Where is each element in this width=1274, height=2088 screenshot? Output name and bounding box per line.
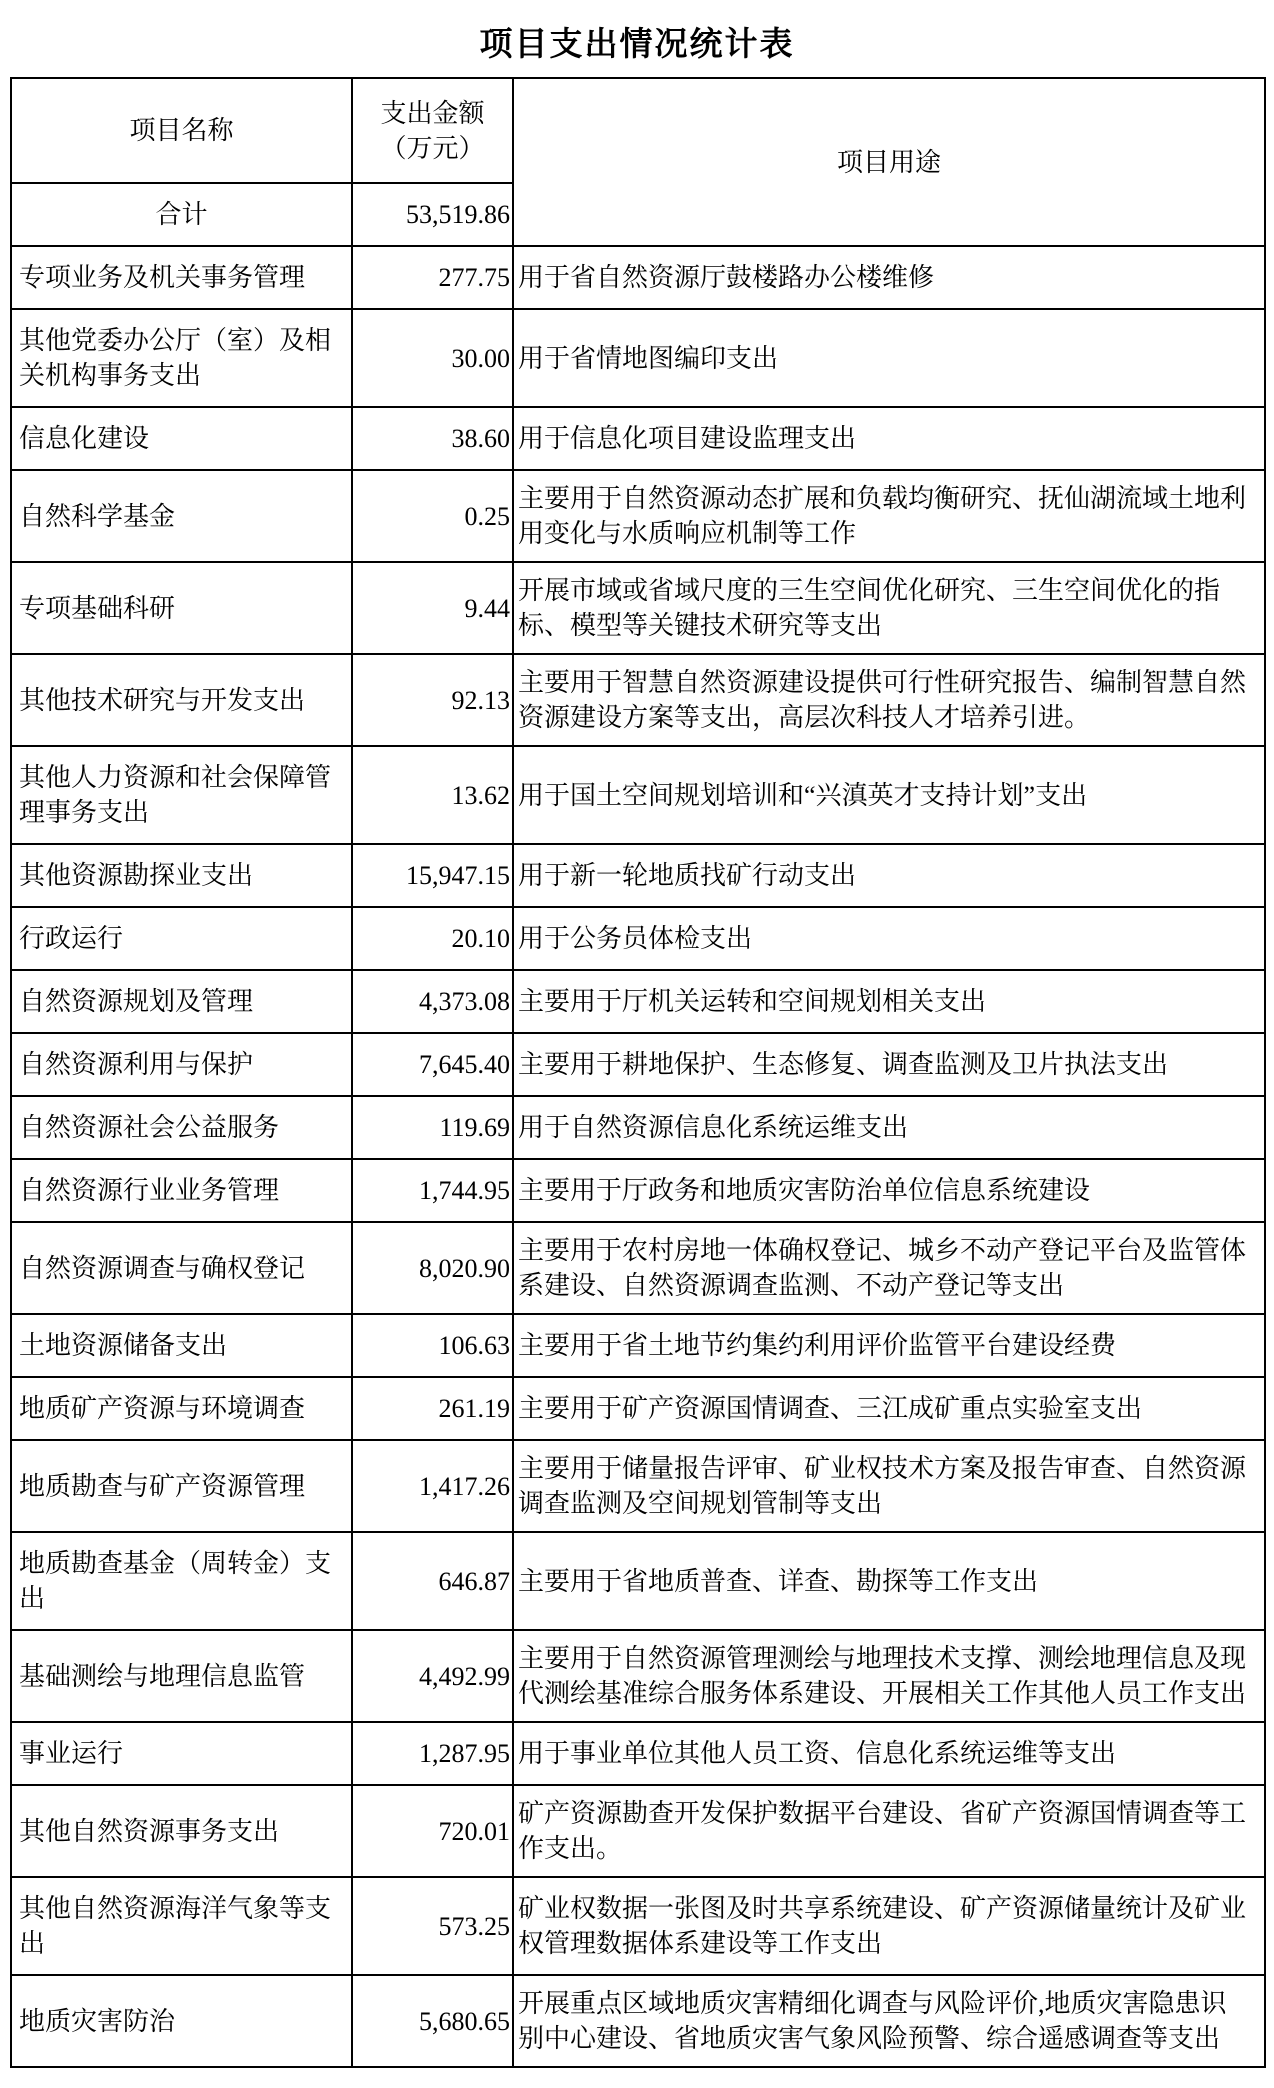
table-row: 地质勘查与矿产资源管理 1,417.26 主要用于储量报告评审、矿业权技术方案及… [11, 1440, 1265, 1532]
project-name-cell: 基础测绘与地理信息监管 [11, 1630, 352, 1722]
project-name-cell: 其他党委办公厅（室）及相关机构事务支出 [11, 309, 352, 407]
amount-cell: 277.75 [352, 246, 513, 309]
purpose-cell: 用于新一轮地质找矿行动支出 [513, 844, 1265, 907]
purpose-cell: 主要用于厅政务和地质灾害防治单位信息系统建设 [513, 1159, 1265, 1222]
table-row: 其他技术研究与开发支出 92.13 主要用于智慧自然资源建设提供可行性研究报告、… [11, 654, 1265, 746]
amount-cell: 261.19 [352, 1377, 513, 1440]
purpose-cell: 主要用于厅机关运转和空间规划相关支出 [513, 970, 1265, 1033]
amount-cell: 5,680.65 [352, 1975, 513, 2067]
amount-cell: 38.60 [352, 407, 513, 470]
amount-cell: 646.87 [352, 1532, 513, 1630]
project-name-cell: 自然资源调查与确权登记 [11, 1222, 352, 1314]
table-row: 其他党委办公厅（室）及相关机构事务支出 30.00 用于省情地图编印支出 [11, 309, 1265, 407]
total-amount-cell: 53,519.86 [352, 183, 513, 246]
project-name-cell: 自然科学基金 [11, 470, 352, 562]
purpose-cell: 主要用于储量报告评审、矿业权技术方案及报告审查、自然资源调查监测及空间规划管制等… [513, 1440, 1265, 1532]
header-amount-line1: 支出金额 [354, 96, 511, 131]
project-name-cell: 自然资源规划及管理 [11, 970, 352, 1033]
purpose-cell: 用于国土空间规划培训和“兴滇英才支持计划”支出 [513, 746, 1265, 844]
project-name-cell: 其他自然资源事务支出 [11, 1785, 352, 1877]
amount-cell: 1,287.95 [352, 1722, 513, 1785]
amount-cell: 8,020.90 [352, 1222, 513, 1314]
table-row: 基础测绘与地理信息监管 4,492.99 主要用于自然资源管理测绘与地理技术支撑… [11, 1630, 1265, 1722]
purpose-cell: 用于省自然资源厅鼓楼路办公楼维修 [513, 246, 1265, 309]
amount-cell: 13.62 [352, 746, 513, 844]
total-name-cell: 合计 [11, 183, 352, 246]
project-name-cell: 地质勘查与矿产资源管理 [11, 1440, 352, 1532]
table-row: 信息化建设 38.60 用于信息化项目建设监理支出 [11, 407, 1265, 470]
purpose-cell: 主要用于自然资源动态扩展和负载均衡研究、抚仙湖流域土地利用变化与水质响应机制等工… [513, 470, 1265, 562]
purpose-cell: 主要用于智慧自然资源建设提供可行性研究报告、编制智慧自然资源建设方案等支出，高层… [513, 654, 1265, 746]
table-row: 自然资源行业业务管理 1,744.95 主要用于厅政务和地质灾害防治单位信息系统… [11, 1159, 1265, 1222]
table-row: 自然科学基金 0.25 主要用于自然资源动态扩展和负载均衡研究、抚仙湖流域土地利… [11, 470, 1265, 562]
amount-cell: 1,417.26 [352, 1440, 513, 1532]
header-amount: 支出金额 （万元） [352, 78, 513, 183]
project-name-cell: 专项基础科研 [11, 562, 352, 654]
expenditure-table: 项目名称 支出金额 （万元） 项目用途 合计 53,519.86 专项业务及机关… [10, 77, 1266, 2068]
table-row: 其他人力资源和社会保障管理事务支出 13.62 用于国土空间规划培训和“兴滇英才… [11, 746, 1265, 844]
table-row: 其他自然资源海洋气象等支出 573.25 矿业权数据一张图及时共享系统建设、矿产… [11, 1877, 1265, 1975]
purpose-cell: 用于事业单位其他人员工资、信息化系统运维等支出 [513, 1722, 1265, 1785]
amount-cell: 119.69 [352, 1096, 513, 1159]
purpose-cell: 主要用于农村房地一体确权登记、城乡不动产登记平台及监管体系建设、自然资源调查监测… [513, 1222, 1265, 1314]
page-title: 项目支出情况统计表 [0, 0, 1274, 65]
amount-cell: 1,744.95 [352, 1159, 513, 1222]
amount-cell: 9.44 [352, 562, 513, 654]
amount-cell: 720.01 [352, 1785, 513, 1877]
amount-cell: 4,373.08 [352, 970, 513, 1033]
purpose-cell: 主要用于耕地保护、生态修复、调查监测及卫片执法支出 [513, 1033, 1265, 1096]
project-name-cell: 行政运行 [11, 907, 352, 970]
table-row: 自然资源利用与保护 7,645.40 主要用于耕地保护、生态修复、调查监测及卫片… [11, 1033, 1265, 1096]
table-row: 行政运行 20.10 用于公务员体检支出 [11, 907, 1265, 970]
purpose-cell: 用于信息化项目建设监理支出 [513, 407, 1265, 470]
project-name-cell: 地质矿产资源与环境调查 [11, 1377, 352, 1440]
amount-cell: 7,645.40 [352, 1033, 513, 1096]
project-name-cell: 其他人力资源和社会保障管理事务支出 [11, 746, 352, 844]
project-name-cell: 地质灾害防治 [11, 1975, 352, 2067]
project-name-cell: 自然资源行业业务管理 [11, 1159, 352, 1222]
project-name-cell: 事业运行 [11, 1722, 352, 1785]
table-row: 地质灾害防治 5,680.65 开展重点区域地质灾害精细化调查与风险评价,地质灾… [11, 1975, 1265, 2067]
purpose-cell: 开展市域或省域尺度的三生空间优化研究、三生空间优化的指标、模型等关键技术研究等支… [513, 562, 1265, 654]
table-row: 地质矿产资源与环境调查 261.19 主要用于矿产资源国情调查、三江成矿重点实验… [11, 1377, 1265, 1440]
table-row: 其他自然资源事务支出 720.01 矿产资源勘查开发保护数据平台建设、省矿产资源… [11, 1785, 1265, 1877]
project-name-cell: 其他技术研究与开发支出 [11, 654, 352, 746]
table-row: 自然资源规划及管理 4,373.08 主要用于厅机关运转和空间规划相关支出 [11, 970, 1265, 1033]
table-row: 自然资源调查与确权登记 8,020.90 主要用于农村房地一体确权登记、城乡不动… [11, 1222, 1265, 1314]
purpose-cell: 用于自然资源信息化系统运维支出 [513, 1096, 1265, 1159]
purpose-cell: 开展重点区域地质灾害精细化调查与风险评价,地质灾害隐患识别中心建设、省地质灾害气… [513, 1975, 1265, 2067]
project-name-cell: 其他资源勘探业支出 [11, 844, 352, 907]
purpose-cell: 主要用于省地质普查、详查、勘探等工作支出 [513, 1532, 1265, 1630]
table-row: 专项基础科研 9.44 开展市域或省域尺度的三生空间优化研究、三生空间优化的指标… [11, 562, 1265, 654]
purpose-cell: 主要用于自然资源管理测绘与地理技术支撑、测绘地理信息及现代测绘基准综合服务体系建… [513, 1630, 1265, 1722]
table-row: 自然资源社会公益服务 119.69 用于自然资源信息化系统运维支出 [11, 1096, 1265, 1159]
purpose-cell: 用于公务员体检支出 [513, 907, 1265, 970]
project-name-cell: 自然资源利用与保护 [11, 1033, 352, 1096]
project-name-cell: 其他自然资源海洋气象等支出 [11, 1877, 352, 1975]
amount-cell: 106.63 [352, 1314, 513, 1377]
table-row: 地质勘查基金（周转金）支出 646.87 主要用于省地质普查、详查、勘探等工作支… [11, 1532, 1265, 1630]
table-row: 其他资源勘探业支出 15,947.15 用于新一轮地质找矿行动支出 [11, 844, 1265, 907]
project-name-cell: 地质勘查基金（周转金）支出 [11, 1532, 352, 1630]
header-purpose: 项目用途 [513, 78, 1265, 246]
header-amount-line2: （万元） [354, 131, 511, 166]
amount-cell: 30.00 [352, 309, 513, 407]
purpose-cell: 矿业权数据一张图及时共享系统建设、矿产资源储量统计及矿业权管理数据体系建设等工作… [513, 1877, 1265, 1975]
project-name-cell: 自然资源社会公益服务 [11, 1096, 352, 1159]
amount-cell: 573.25 [352, 1877, 513, 1975]
project-name-cell: 信息化建设 [11, 407, 352, 470]
table-row: 事业运行 1,287.95 用于事业单位其他人员工资、信息化系统运维等支出 [11, 1722, 1265, 1785]
amount-cell: 15,947.15 [352, 844, 513, 907]
purpose-cell: 用于省情地图编印支出 [513, 309, 1265, 407]
amount-cell: 92.13 [352, 654, 513, 746]
amount-cell: 20.10 [352, 907, 513, 970]
table-body: 项目名称 支出金额 （万元） 项目用途 合计 53,519.86 专项业务及机关… [11, 78, 1265, 2067]
table-row: 专项业务及机关事务管理 277.75 用于省自然资源厅鼓楼路办公楼维修 [11, 246, 1265, 309]
project-name-cell: 专项业务及机关事务管理 [11, 246, 352, 309]
amount-cell: 4,492.99 [352, 1630, 513, 1722]
purpose-cell: 矿产资源勘查开发保护数据平台建设、省矿产资源国情调查等工作支出。 [513, 1785, 1265, 1877]
header-row: 项目名称 支出金额 （万元） 项目用途 [11, 78, 1265, 183]
purpose-cell: 主要用于省土地节约集约利用评价监管平台建设经费 [513, 1314, 1265, 1377]
header-project-name: 项目名称 [11, 78, 352, 183]
project-name-cell: 土地资源储备支出 [11, 1314, 352, 1377]
purpose-cell: 主要用于矿产资源国情调查、三江成矿重点实验室支出 [513, 1377, 1265, 1440]
table-row: 土地资源储备支出 106.63 主要用于省土地节约集约利用评价监管平台建设经费 [11, 1314, 1265, 1377]
amount-cell: 0.25 [352, 470, 513, 562]
